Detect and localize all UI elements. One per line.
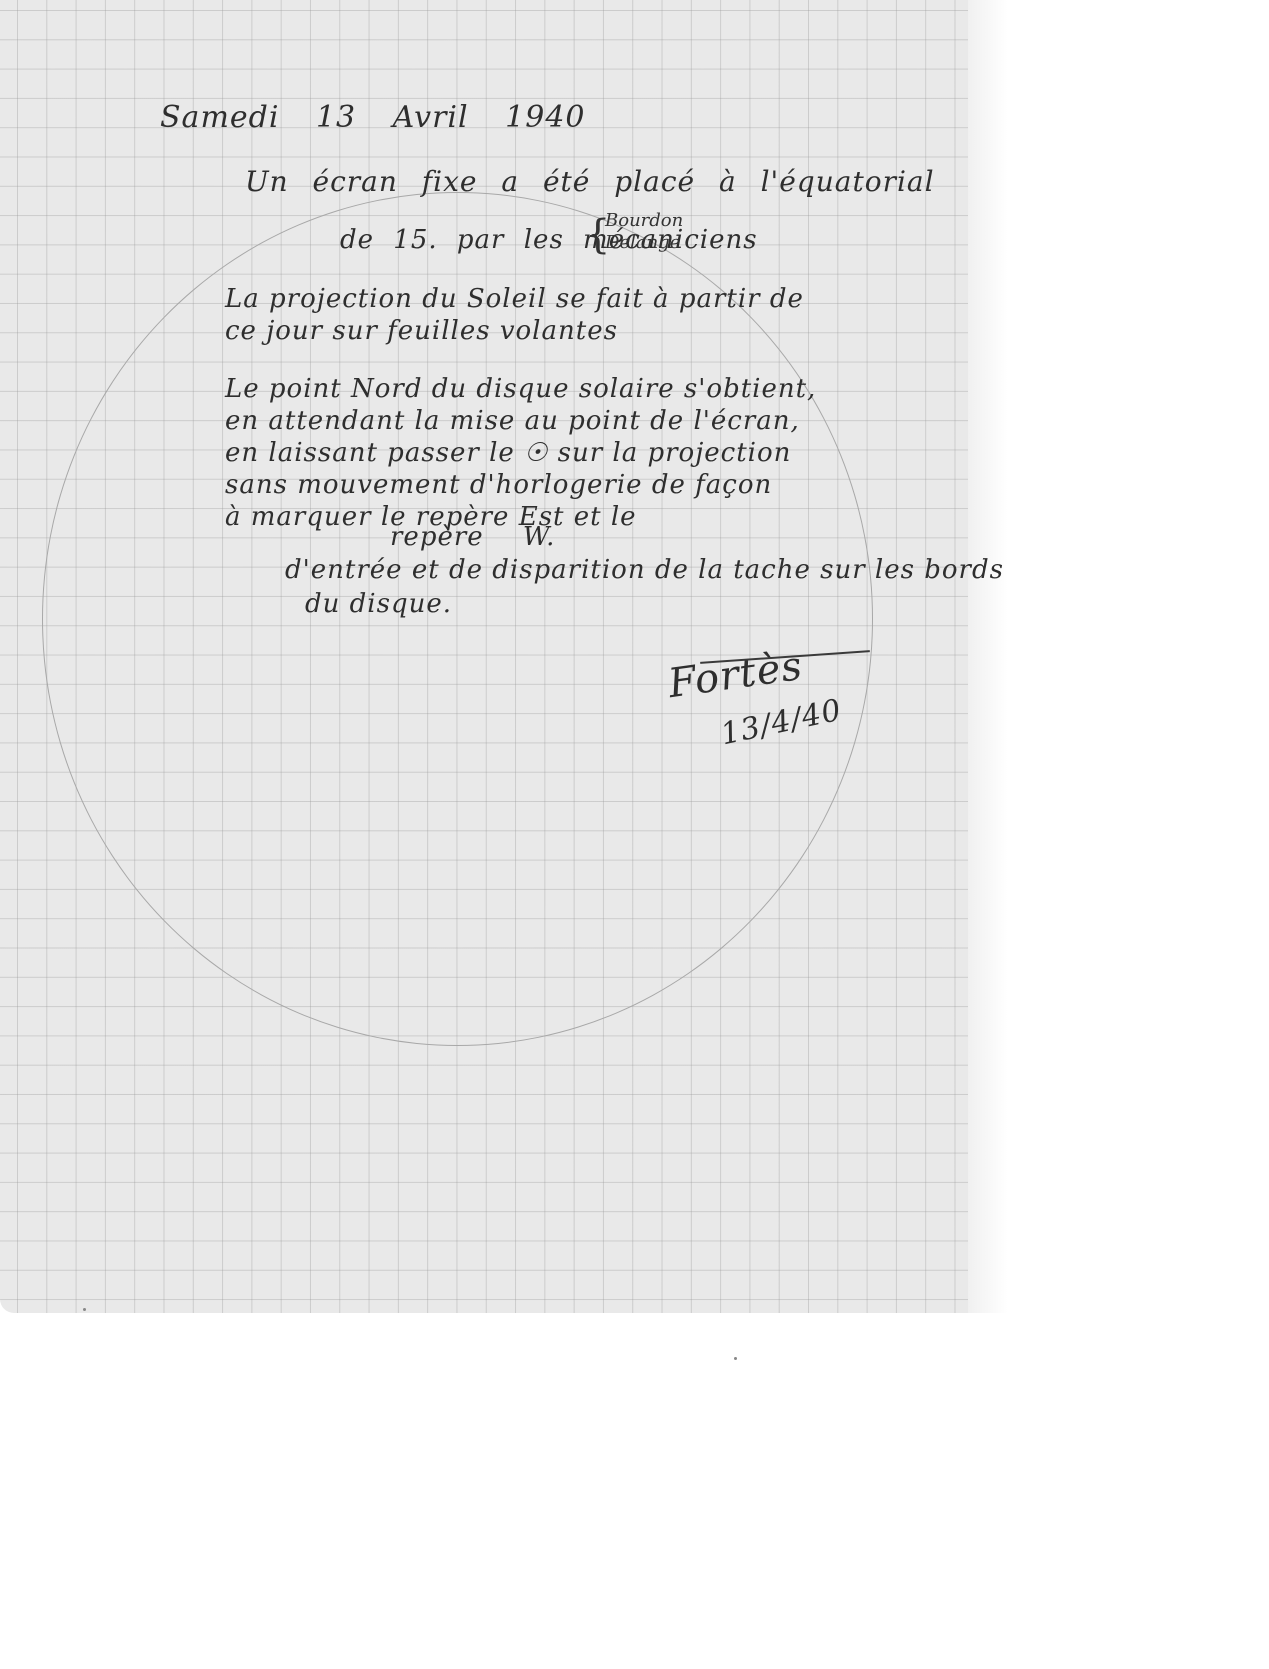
text-line: d'entrée et de disparition de la tache s… [285, 553, 1004, 587]
text-line: La projection du Soleil se fait à partir… [225, 283, 804, 315]
paragraph-north-point: Le point Nord du disque solaire s'obtien… [225, 373, 816, 533]
text-line: Le point Nord du disque solaire s'obtien… [225, 373, 816, 405]
text-line: ce jour sur feuilles volantes [225, 315, 804, 347]
paper-speck [83, 1308, 86, 1311]
date-heading: Samedi 13 Avril 1940 [160, 100, 586, 135]
mechanic-name: Bourdon [605, 210, 683, 232]
text-line: du disque. [285, 587, 1004, 621]
text-line: en laissant passer le ☉ sur la projectio… [225, 437, 816, 469]
log-line-2: de 15. par les mécaniciens [340, 225, 758, 255]
mechanic-name: Delange [605, 232, 683, 254]
paper-speck [734, 1357, 737, 1360]
reference-w-line: repère W. [390, 522, 555, 552]
log-line-1: Un écran fixe a été placé à l'équatorial [245, 165, 935, 198]
text-line: en attendant la mise au point de l'écran… [225, 405, 816, 437]
mechanics-names: Bourdon Delange [605, 210, 683, 254]
paragraph-spot-edges: d'entrée et de disparition de la tache s… [285, 553, 1004, 621]
paragraph-projection: La projection du Soleil se fait à partir… [225, 283, 804, 347]
text-line: sans mouvement d'horlogerie de façon [225, 469, 816, 501]
paper-edge-shadow [968, 0, 1008, 1313]
